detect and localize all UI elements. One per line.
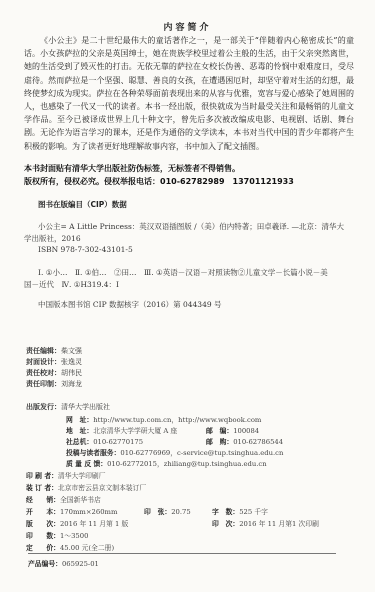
binder-row: 装 订 者：北京市密云县京文制本装订厂 — [26, 482, 146, 492]
credit-label: 责任印制： — [26, 380, 61, 388]
cip-approval: 中国版本图书馆 CIP 数据核字（2016）第 044349 号 — [38, 299, 222, 310]
cip-isbn: ISBN 978-7-302-43101-5 — [38, 245, 133, 254]
cip-entry-line2: 学出版社，2016 — [24, 233, 81, 244]
intro-title: 内容简介 — [0, 20, 375, 33]
credit-proofreader: 责任校对：胡伟民 — [26, 368, 82, 378]
price-row: 定 价：45.00 元(全二册) — [26, 542, 114, 552]
edition-row: 版 次：2016 年 11 月第 1 版 — [26, 518, 128, 528]
divider — [28, 553, 336, 554]
publisher-row: 出版发行：清华大学出版社 — [26, 402, 110, 412]
website-row: 网 址：http://www.tup.com.cn，http://www.wqb… — [66, 414, 261, 424]
word-count-row: 字 数：525 千字 — [212, 506, 268, 516]
address-row: 地 址：北京清华大学学研大厦 A 座 — [66, 425, 177, 435]
quality-feedback-row: 质 量 反 馈：010-62772015，zhiliang@tup.tsingh… — [66, 458, 267, 468]
credit-editor: 责任编辑：柴文强 — [26, 346, 82, 356]
credit-value: 张逸灵 — [61, 358, 82, 366]
credit-value: 胡伟民 — [61, 369, 82, 377]
website-link[interactable]: http://www.tup.com.cn，http://www.wqbook.… — [93, 416, 261, 424]
cip-entry-line1: 小公主= A Little Princess：英汉双语插图版 /（美）伯内特著；… — [38, 221, 344, 232]
credit-value: 柴文强 — [61, 347, 82, 355]
printer-row: 印 刷 者：清华大学印刷厂 — [26, 470, 106, 480]
intro-paragraph: 《小公主》是二十世纪最伟大的童话著作之一，是一部关于“伴随着内心秘密成长”的童话… — [24, 34, 354, 153]
credit-value: 刘海龙 — [61, 380, 82, 388]
format-row: 开 本：170mm×260mm — [26, 506, 117, 516]
copyright-notice: 版权所有，侵权必究。侵权举报电话：010-62782989 1370112193… — [24, 176, 294, 187]
cip-classification-line1: Ⅰ. ①小… Ⅱ. ①伯… ②田… Ⅲ. ①英语－汉语－对照读物②儿童文学－长篇… — [38, 267, 328, 278]
credit-label: 责任校对： — [26, 369, 61, 377]
credit-label: 责任编辑： — [26, 347, 61, 355]
reader-service-row: 投稿与读者服务：010-62776969，c-service@tup.tsing… — [66, 447, 283, 457]
mail-order-row: 邮 购：010-62786544 — [206, 436, 283, 446]
print-run-row: 印 数：1～3500 — [26, 530, 88, 540]
product-code-row: 产品编号：065925-01 — [28, 558, 99, 568]
publisher-label: 出版发行： — [26, 403, 61, 411]
cip-heading: 图书在版编目（CIP）数据 — [38, 199, 127, 210]
cip-classification-line2: 国－近代 Ⅳ. ①H319.4：Ⅰ — [24, 279, 119, 290]
anti-counterfeit-notice: 本书封面贴有清华大学出版社防伪标签，无标签者不得销售。 — [24, 163, 240, 174]
credit-cover-design: 封面设计：张逸灵 — [26, 357, 82, 367]
credit-print-manager: 责任印制：刘海龙 — [26, 379, 82, 389]
impression-row: 印 次：2016 年 11 月第1 次印刷 — [212, 518, 319, 528]
credit-label: 封面设计： — [26, 358, 61, 366]
distributor-row: 经 销：全国新华书店 — [26, 494, 101, 504]
postcode-row: 邮 编：100084 — [206, 425, 259, 435]
publisher-name: 清华大学出版社 — [61, 403, 110, 411]
switchboard-row: 社总机：010-62770175 — [66, 436, 143, 446]
sheets-row: 印 张：20.75 — [144, 506, 191, 516]
